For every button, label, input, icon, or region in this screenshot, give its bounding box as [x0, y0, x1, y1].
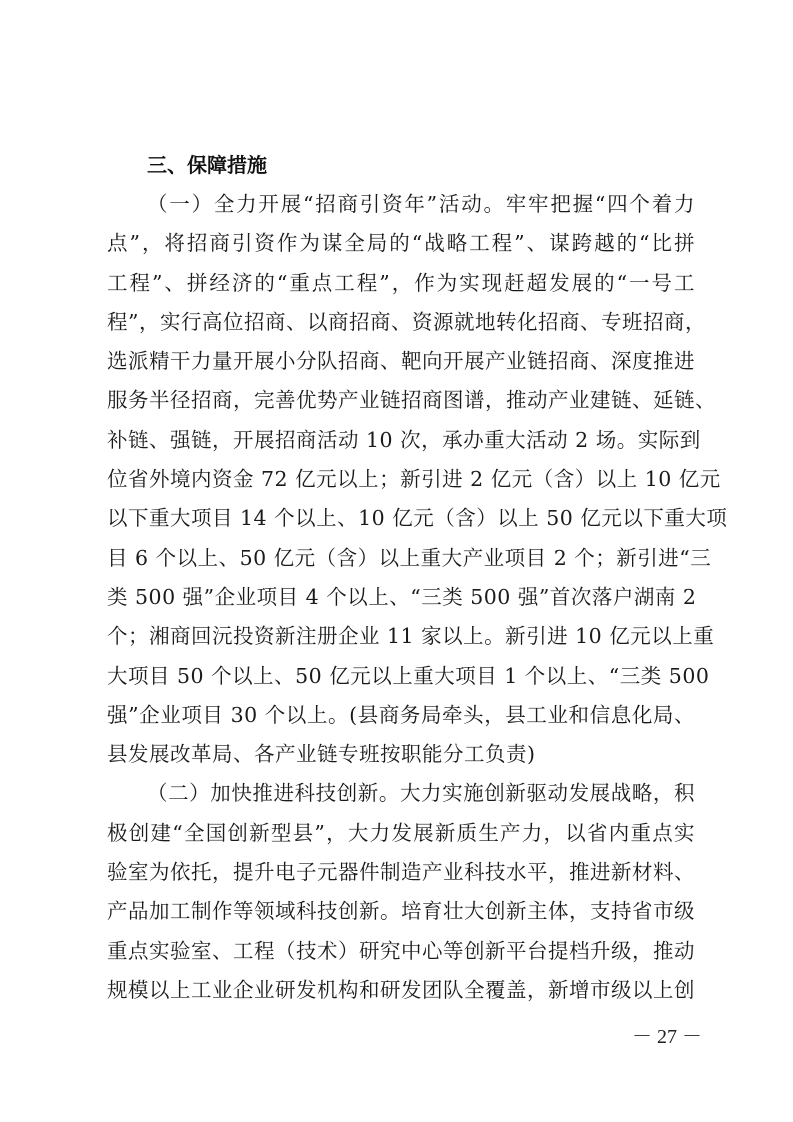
text-line: （二）加快推进科技创新。大力实施创新驱动发展战略，积 — [107, 774, 695, 813]
text-line: 大项目 50 个以上、50 亿元以上重大项目 1 个以上、“三类 500 — [107, 657, 695, 696]
text-line: 程”，实行高位招商、以商招商、资源就地转化招商、专班招商， — [107, 303, 695, 342]
text-line: 类 500 强”企业项目 4 个以上、“三类 500 强”首次落户湖南 2 — [107, 578, 695, 617]
text-line: 目 6 个以上、50 亿元（含）以上重大产业项目 2 个；新引进“三 — [107, 539, 695, 578]
page-number: － 27 － — [632, 1020, 702, 1049]
text-line: 以下重大项目 14 个以上、10 亿元（含）以上 50 亿元以下重大项 — [107, 499, 695, 538]
text-line: 强”企业项目 30 个以上。(县商务局牵头，县工业和信息化局、 — [107, 696, 695, 735]
document-page: 三、保障措施 （一）全力开展“招商引资年”活动。牢牢把握“四个着力 点”，将招商… — [0, 0, 793, 1122]
paragraph-tech-innovation: （二）加快推进科技创新。大力实施创新驱动发展战略，积 极创建“全国创新型县”，大… — [107, 774, 695, 1010]
text-line: 个；湘商回沅投资新注册企业 11 家以上。新引进 10 亿元以上重 — [107, 617, 695, 656]
paragraph-investment: （一）全力开展“招商引资年”活动。牢牢把握“四个着力 点”，将招商引资作为谋全局… — [107, 185, 695, 774]
text-line: 工程”、拼经济的“重点工程”，作为实现赶超发展的“一号工 — [107, 264, 695, 303]
page-content: 三、保障措施 （一）全力开展“招商引资年”活动。牢牢把握“四个着力 点”，将招商… — [107, 146, 695, 1010]
text-line: 规模以上工业企业研发机构和研发团队全覆盖，新增市级以上创 — [107, 971, 695, 1010]
text-line: （一）全力开展“招商引资年”活动。牢牢把握“四个着力 — [107, 185, 695, 224]
text-line: 产品加工制作等领域科技创新。培育壮大创新主体，支持省市级 — [107, 892, 695, 931]
text-line: 位省外境内资金 72 亿元以上；新引进 2 亿元（含）以上 10 亿元 — [107, 460, 695, 499]
section-heading: 三、保障措施 — [107, 146, 695, 185]
text-line: 点”，将招商引资作为谋全局的“战略工程”、谋跨越的“比拼 — [107, 224, 695, 263]
text-line: 补链、强链，开展招商活动 10 次，承办重大活动 2 场。实际到 — [107, 421, 695, 460]
text-line: 选派精干力量开展小分队招商、靶向开展产业链招商、深度推进 — [107, 342, 695, 381]
text-line: 服务半径招商，完善优势产业链招商图谱，推动产业建链、延链、 — [107, 381, 695, 420]
text-line: 县发展改革局、各产业链专班按职能分工负责) — [107, 735, 695, 774]
text-line: 重点实验室、工程（技术）研究中心等创新平台提档升级，推动 — [107, 932, 695, 971]
text-line: 极创建“全国创新型县”，大力发展新质生产力，以省内重点实 — [107, 814, 695, 853]
text-line: 验室为依托，提升电子元器件制造产业科技水平，推进新材料、 — [107, 853, 695, 892]
